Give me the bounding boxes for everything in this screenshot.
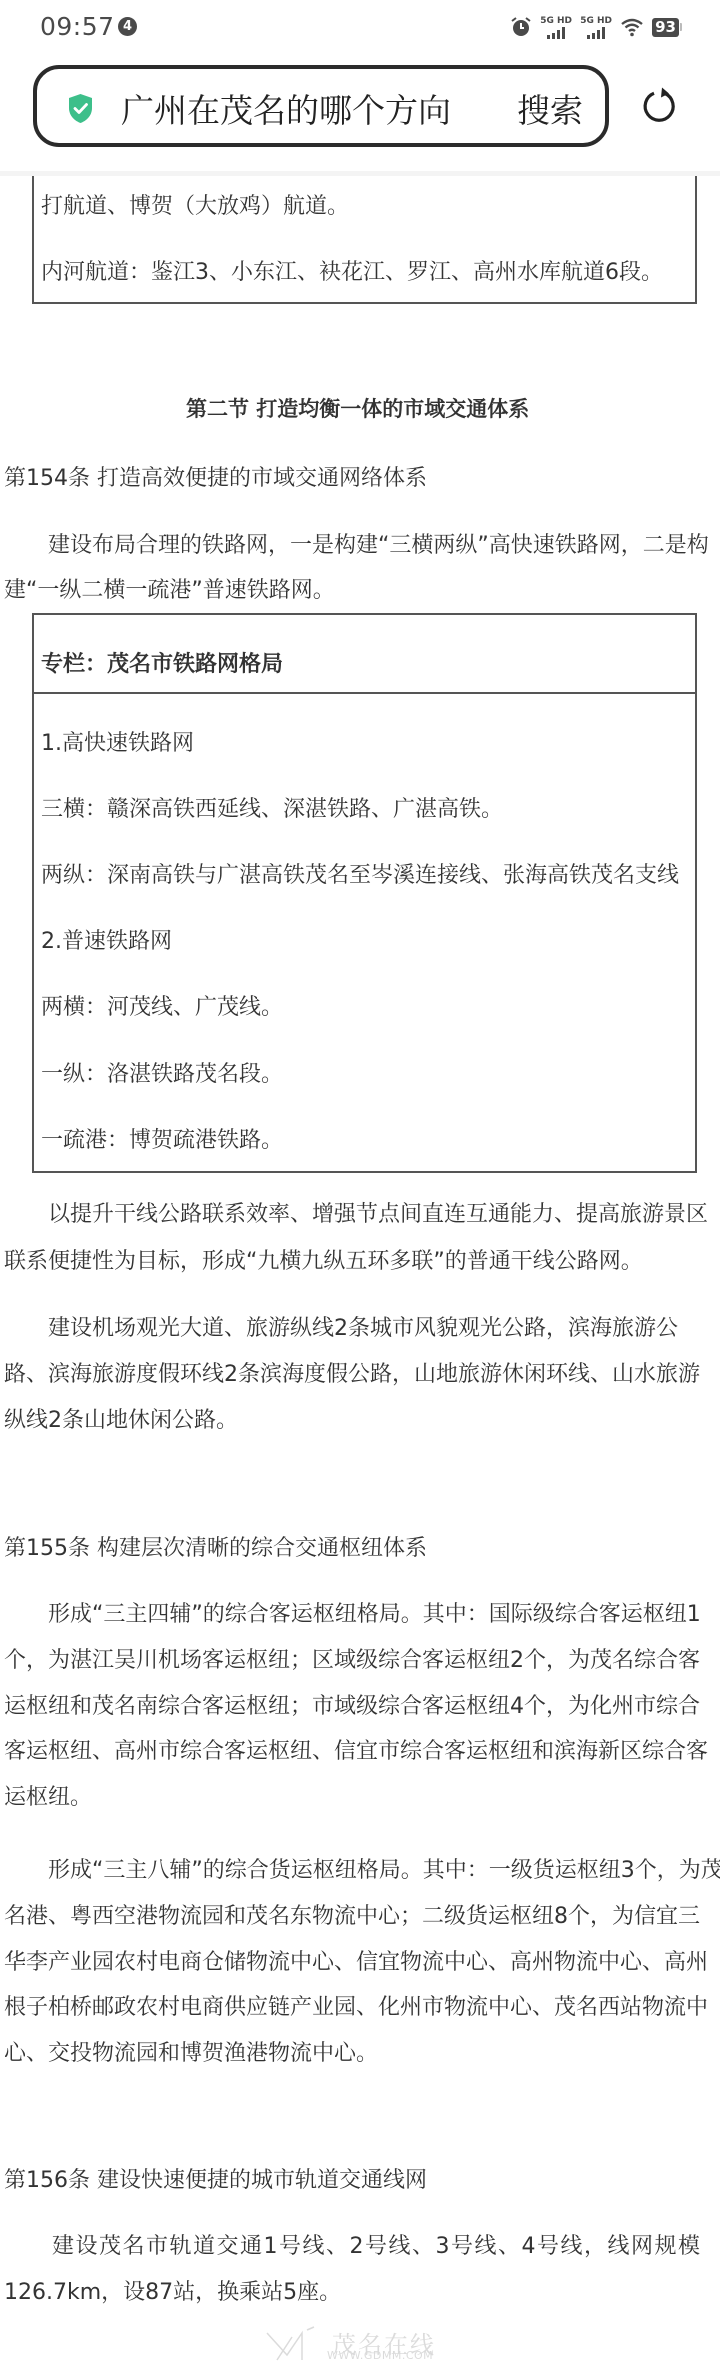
- table-line: 两纵：深南高铁与广湛高铁茂名至岑溪连接线、张海高铁茂名支线: [41, 861, 679, 891]
- refresh-icon[interactable]: [640, 86, 680, 126]
- paragraph-line: 联系便捷性为目标，形成“九横九纵五环多联”的普通干线公路网。: [4, 1247, 643, 1277]
- table-line: 三横：赣深高铁西延线、深湛铁路、广湛高铁。: [41, 795, 503, 825]
- signal-1-icon: 5G HD: [540, 16, 572, 39]
- watermark-url: WWW.GDMM.COM: [327, 2349, 433, 2362]
- table-line: 2.普速铁路网: [41, 927, 172, 957]
- article-156-title: 第156条 建设快速便捷的城市轨道交通线网: [4, 2166, 427, 2196]
- paragraph-line: 以提升干线公路联系效率、增强节点间直连互通能力、提高旅游景区: [48, 1200, 708, 1230]
- wifi-icon: [620, 17, 644, 37]
- article-155-title: 第155条 构建层次清晰的综合交通枢纽体系: [4, 1534, 427, 1564]
- paragraph-line: 心、交投物流园和博贺渔港物流中心。: [4, 2039, 378, 2069]
- search-input[interactable]: 广州在茂名的哪个方向: [121, 85, 451, 132]
- search-bar[interactable]: 广州在茂名的哪个方向 搜索: [33, 65, 609, 147]
- alarm-icon: [510, 16, 532, 38]
- battery-icon: 93: [652, 18, 682, 37]
- table-line: 一纵：洛湛铁路茂名段。: [41, 1060, 283, 1090]
- paragraph-line: 运枢纽和茂名南综合客运枢纽；市域级综合客运枢纽4个，为化州市综合: [4, 1692, 700, 1722]
- paragraph-line: 路、滨海旅游度假环线2条滨海度假公路，山地旅游休闲环线、山水旅游: [4, 1360, 700, 1390]
- table-line: 一疏港：博贺疏港铁路。: [41, 1126, 283, 1156]
- status-time: 09:57: [40, 12, 115, 41]
- paragraph-line: 运枢纽。: [4, 1783, 92, 1813]
- paragraph-line: 华李产业园农村电商仓储物流中心、信宜物流中心、高州物流中心、高州: [4, 1948, 708, 1978]
- site-watermark: 茂名在线 WWW.GDMM.COM: [262, 2325, 462, 2362]
- table-line: 两横：河茂线、广茂线。: [41, 993, 283, 1023]
- paragraph-line: 126.7km，设87站，换乘站5座。: [4, 2278, 341, 2308]
- paragraph-line: 名港、粤西空港物流园和茂名东物流中心；二级货运枢纽8个，为信宜三: [4, 1902, 700, 1932]
- article-154-title: 第154条 打造高效便捷的市域交通网络体系: [4, 464, 427, 494]
- table-header: 专栏：茂名市铁路网格局: [41, 650, 283, 680]
- paragraph-line: 建设机场观光大道、旅游纵线2条城市风貌观光公路，滨海旅游公: [48, 1314, 678, 1344]
- paragraph-line: 形成“三主四辅”的综合客运枢纽格局。其中：国际级综合客运枢纽1: [48, 1600, 701, 1630]
- notification-count-badge: 4: [118, 17, 137, 36]
- paragraph-line: 纵线2条山地休闲公路。: [4, 1406, 238, 1436]
- table-line: 内河航道：鉴江3、小东江、袂花江、罗江、高州水库航道6段。: [41, 258, 663, 288]
- security-shield-icon: [67, 93, 94, 124]
- paragraph-line: 建设茂名市轨道交通1号线、2号线、3号线、4号线，线网规模: [52, 2232, 702, 2262]
- paragraph-line: 形成“三主八辅”的综合货运枢纽格局。其中：一级货运枢纽3个，为茂: [48, 1856, 720, 1886]
- status-bar: 09:57 4 5G HD 5G HD 93: [0, 0, 720, 56]
- search-button[interactable]: 搜索: [517, 85, 583, 132]
- paragraph-line: 根子柏桥邮政农村电商供应链产业园、化州市物流中心、茂名西站物流中: [4, 1993, 708, 2023]
- section-title: 第二节 打造均衡一体的市域交通体系: [186, 394, 529, 424]
- paragraph-line: 建设布局合理的铁路网，一是构建“三横两纵”高快速铁路网，二是构: [48, 531, 709, 561]
- paragraph-line: 个，为湛江吴川机场客运枢纽；区域级综合客运枢纽2个，为茂名综合客: [4, 1646, 700, 1676]
- table-line: 打航道、博贺（大放鸡）航道。: [41, 192, 349, 222]
- paragraph-line: 客运枢纽、高州市综合客运枢纽、信宜市综合客运枢纽和滨海新区综合客: [4, 1737, 708, 1767]
- watermark-logo-icon: [262, 2325, 322, 2362]
- signal-2-icon: 5G HD: [580, 16, 612, 39]
- status-icons: 5G HD 5G HD 93: [510, 14, 682, 40]
- paragraph-line: 建“一纵二横一疏港”普速铁路网。: [4, 576, 335, 606]
- table-line: 1.高快速铁路网: [41, 729, 194, 759]
